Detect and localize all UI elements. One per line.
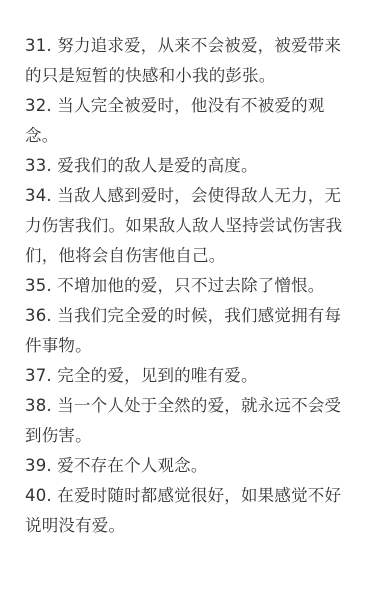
text-line: 们，他将会自伤害他自己。 [25,241,355,271]
text-line: 40. 在爱时随时都感觉很好，如果感觉不好 [25,481,355,511]
text-line: 31. 努力追求爱，从来不会被爱，被爱带来 [25,31,355,61]
quote-list: 31. 努力追求爱，从来不会被爱，被爱带来 的只是短暂的快感和小我的彭张。 32… [25,31,355,541]
text-line: 说明没有爱。 [25,511,355,541]
text-line: 36. 当我们完全爱的时候，我们感觉拥有每 [25,301,355,331]
text-line: 32. 当人完全被爱时，他没有不被爱的观 [25,91,355,121]
text-line: 39. 爱不存在个人观念。 [25,451,355,481]
text-line: 念。 [25,121,355,151]
text-line: 35. 不增加他的爱，只不过去除了憎恨。 [25,271,355,301]
text-line: 33. 爱我们的敌人是爱的高度。 [25,151,355,181]
text-line: 到伤害。 [25,421,355,451]
text-line: 件事物。 [25,331,355,361]
text-line: 38. 当一个人处于全然的爱，就永远不会受 [25,391,355,421]
text-line: 力伤害我们。如果敌人敌人坚持尝试伤害我 [25,211,355,241]
text-line: 34. 当敌人感到爱时，会使得敌人无力，无 [25,181,355,211]
text-line: 37. 完全的爱，见到的唯有爱。 [25,361,355,391]
text-line: 的只是短暂的快感和小我的彭张。 [25,61,355,91]
